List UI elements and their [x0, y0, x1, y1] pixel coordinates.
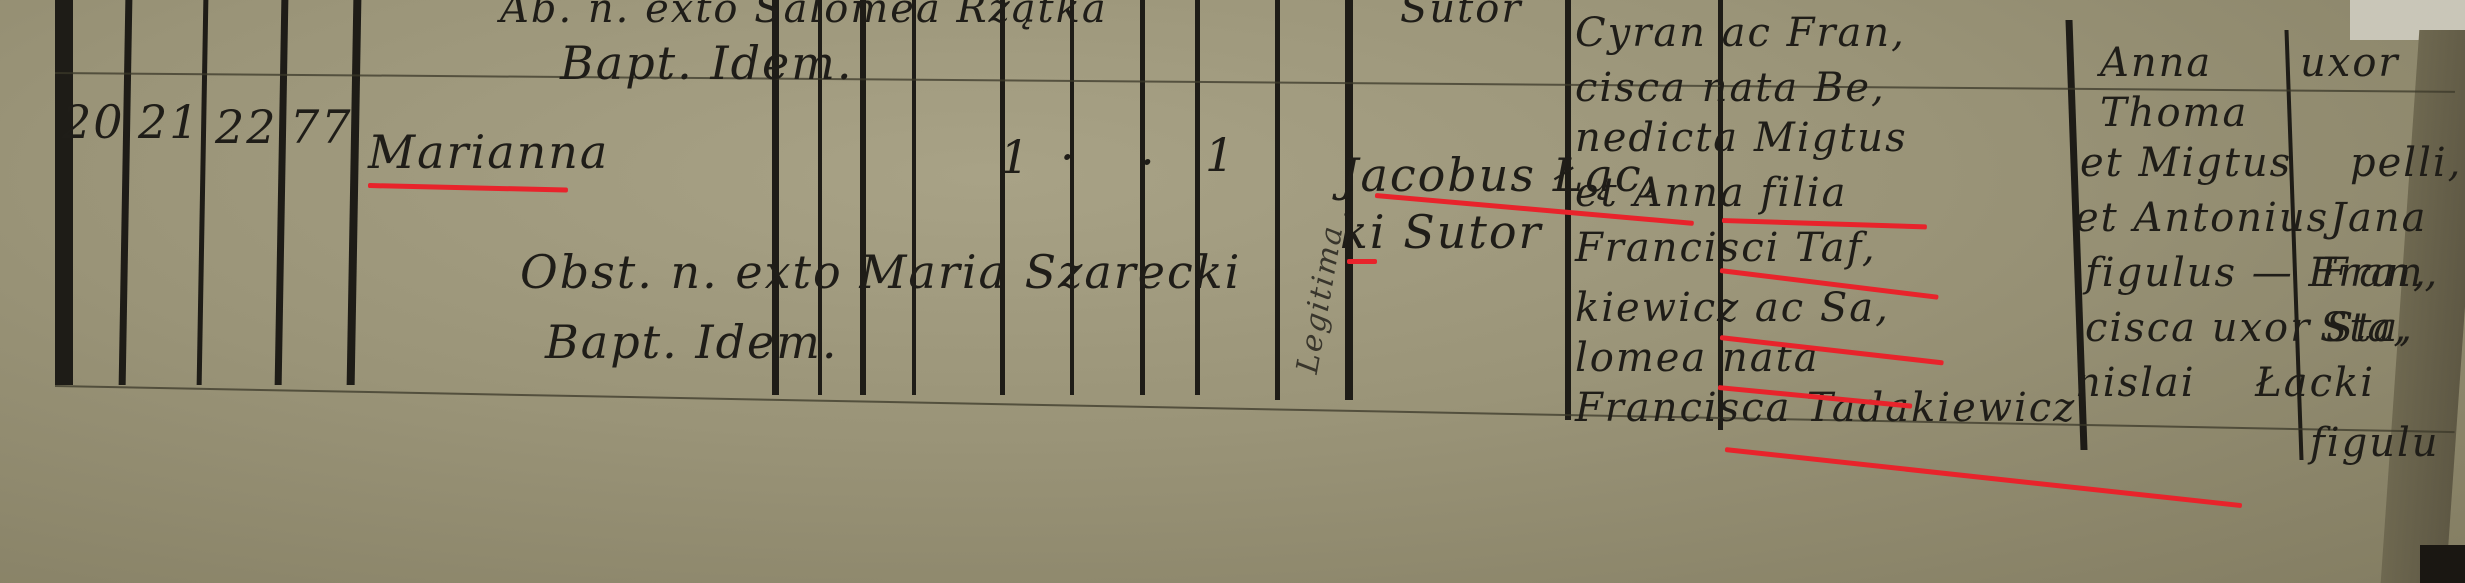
godparent-line: Sta, — [2320, 305, 2408, 351]
godparent-line: Jana — [2330, 195, 2428, 241]
mother-line: Cyran ac Fran, — [1575, 10, 1906, 56]
mother-line: Francisci Taf, — [1575, 225, 1877, 271]
column-rule — [55, 0, 73, 385]
column-rule — [1195, 0, 1200, 395]
godparent-line: figulu — [2310, 420, 2440, 466]
godparent-line: Thoma — [2100, 90, 2248, 136]
ledger-mark: · — [1060, 130, 1077, 184]
column-rule — [1275, 0, 1280, 400]
mother-line: Francisca Tadakiewicz — [1575, 385, 2076, 431]
mother-line: et Anna filia — [1575, 170, 1847, 216]
godparent-line: uxor — [2300, 40, 2400, 86]
column-rule — [347, 0, 362, 385]
column-rule — [1070, 0, 1074, 395]
column-rule — [197, 0, 209, 385]
previous-entry-line1: Ab. n. exto Salomea Rzątka — [500, 0, 1108, 32]
ledger-mark: 1 — [1205, 128, 1236, 182]
column-rule — [912, 0, 916, 395]
ledger-mark: 1 — [1000, 130, 1031, 184]
annotation-underline — [1725, 447, 2242, 508]
column-rule — [119, 0, 133, 385]
godparent-line: Łacki — [2255, 360, 2375, 406]
ledger-mark: · — [1140, 135, 1157, 189]
entry-number: 77 — [290, 100, 353, 154]
godparent-line: et Antonius — [2075, 195, 2329, 241]
child-name: Marianna — [368, 125, 609, 179]
previous-entry-line2: Bapt. Idem. — [560, 36, 854, 90]
house-number: 20 — [62, 95, 125, 149]
godparent-line: nislai — [2075, 360, 2196, 406]
baptized-by: Bapt. Idem. — [545, 315, 839, 369]
column-rule — [275, 0, 289, 385]
godparent-line: et Migtus — [2080, 140, 2292, 186]
previous-father-occupation: Sutor — [1400, 0, 1522, 32]
register-page: Ab. n. exto Salomea Rzątka Bapt. Idem. S… — [0, 0, 2465, 583]
birth-day: 21 — [138, 95, 201, 149]
background-corner — [2420, 545, 2465, 583]
godparent-line: Fran, — [2320, 250, 2439, 296]
father-name-line2: ki Sutor — [1340, 205, 1543, 259]
mother-line: cisca nata Be, — [1575, 65, 1886, 111]
mother-line: kiewicz ac Sa, — [1575, 285, 1890, 331]
column-rule — [860, 0, 866, 395]
column-rule — [1140, 0, 1145, 395]
baptism-day: 22 — [215, 100, 278, 154]
column-rule — [1000, 0, 1005, 395]
mother-line: nedicta Migtus — [1575, 115, 1908, 161]
godparent-line: Anna — [2100, 40, 2212, 86]
godparent-line: pelli, — [2350, 140, 2462, 186]
annotation-underline — [1347, 259, 1377, 264]
midwife-line: Obst. n. exto Maria Szarecki — [520, 245, 1241, 299]
row-rule — [55, 72, 2455, 93]
annotation-underline — [368, 183, 568, 193]
